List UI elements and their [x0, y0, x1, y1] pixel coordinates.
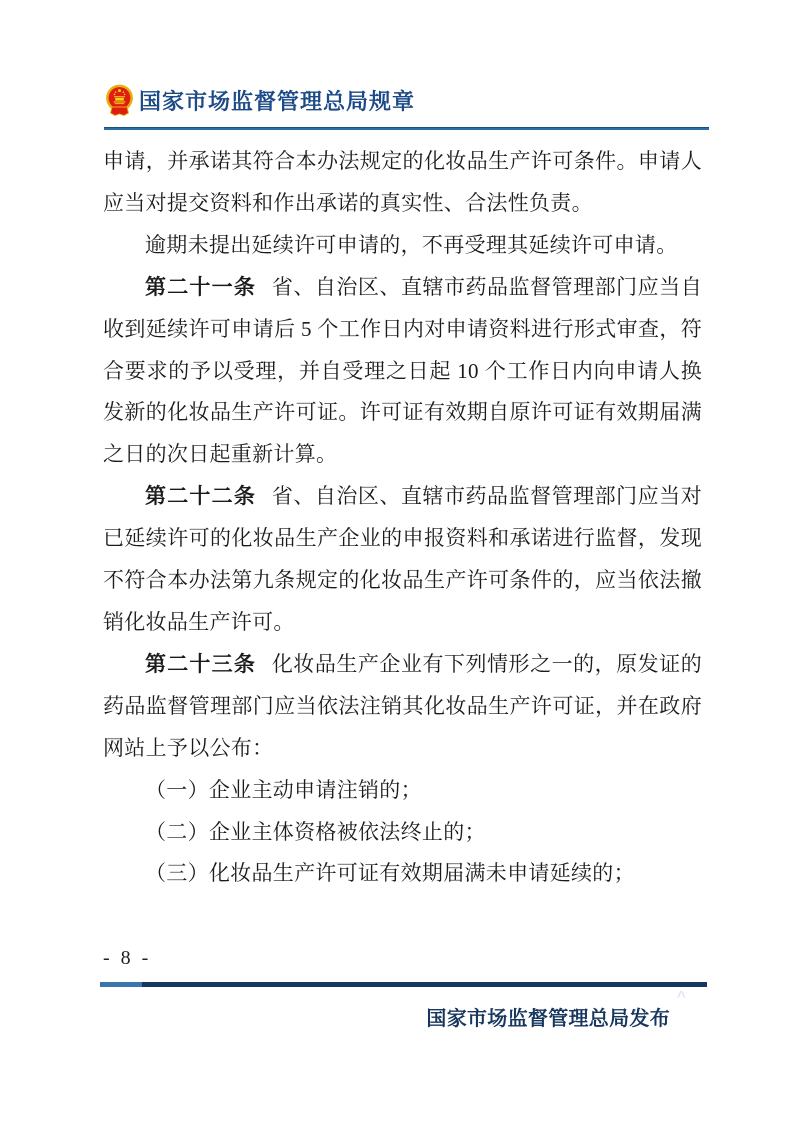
- header-divider: [104, 127, 709, 130]
- header-title: 国家市场监督管理总局规章: [139, 85, 415, 116]
- article-number: 第二十二条: [145, 485, 256, 508]
- page-header: 国家市场监督管理总局规章: [105, 84, 415, 117]
- national-emblem-icon: [105, 84, 134, 117]
- article-number: 第二十一条: [145, 276, 256, 299]
- paragraph-text: 申请，并承诺其符合本办法规定的化妆品生产许可条件。申请人应当对提交资料和作出承诺…: [103, 149, 702, 215]
- paragraph-text: 逾期未提出延续许可申请的，不再受理其延续许可申请。: [145, 233, 678, 257]
- paragraph-text: （二）企业主体资格被依法终止的；: [145, 820, 486, 844]
- body-paragraph: 第二十三条化妆品生产企业有下列情形之一的，原发证的药品监督管理部门应当依法注销其…: [103, 644, 702, 770]
- body-paragraph: 第二十二条省、自治区、直辖市药品监督管理部门应当对已延续许可的化妆品生产企业的申…: [103, 476, 702, 644]
- body-paragraph: 申请，并承诺其符合本办法规定的化妆品生产许可条件。申请人应当对提交资料和作出承诺…: [103, 141, 702, 225]
- paragraph-text: （一）企业主动申请注销的；: [145, 778, 422, 802]
- article-number: 第二十三条: [145, 653, 256, 676]
- caret-mark-icon: ^: [677, 988, 686, 1005]
- body-paragraph: （三）化妆品生产许可证有效期届满未申请延续的；: [103, 853, 702, 895]
- publisher-label: 国家市场监督管理总局发布: [426, 1002, 670, 1031]
- body-paragraph: 逾期未提出延续许可申请的，不再受理其延续许可申请。: [103, 225, 702, 267]
- document-body: 申请，并承诺其符合本办法规定的化妆品生产许可条件。申请人应当对提交资料和作出承诺…: [103, 141, 702, 895]
- paragraph-text: （三）化妆品生产许可证有效期届满未申请延续的；: [145, 861, 635, 885]
- document-page: 国家市场监督管理总局规章 申请，并承诺其符合本办法规定的化妆品生产许可条件。申请…: [0, 0, 793, 1122]
- body-paragraph: （一）企业主动申请注销的；: [103, 770, 702, 812]
- page-number: - 8 -: [103, 947, 151, 970]
- footer-divider: [100, 982, 707, 987]
- body-paragraph: 第二十一条省、自治区、直辖市药品监督管理部门应当自收到延续许可申请后 5 个工作…: [103, 267, 702, 477]
- body-paragraph: （二）企业主体资格被依法终止的；: [103, 812, 702, 854]
- paragraph-text: 省、自治区、直辖市药品监督管理部门应当自收到延续许可申请后 5 个工作日内对申请…: [103, 275, 702, 467]
